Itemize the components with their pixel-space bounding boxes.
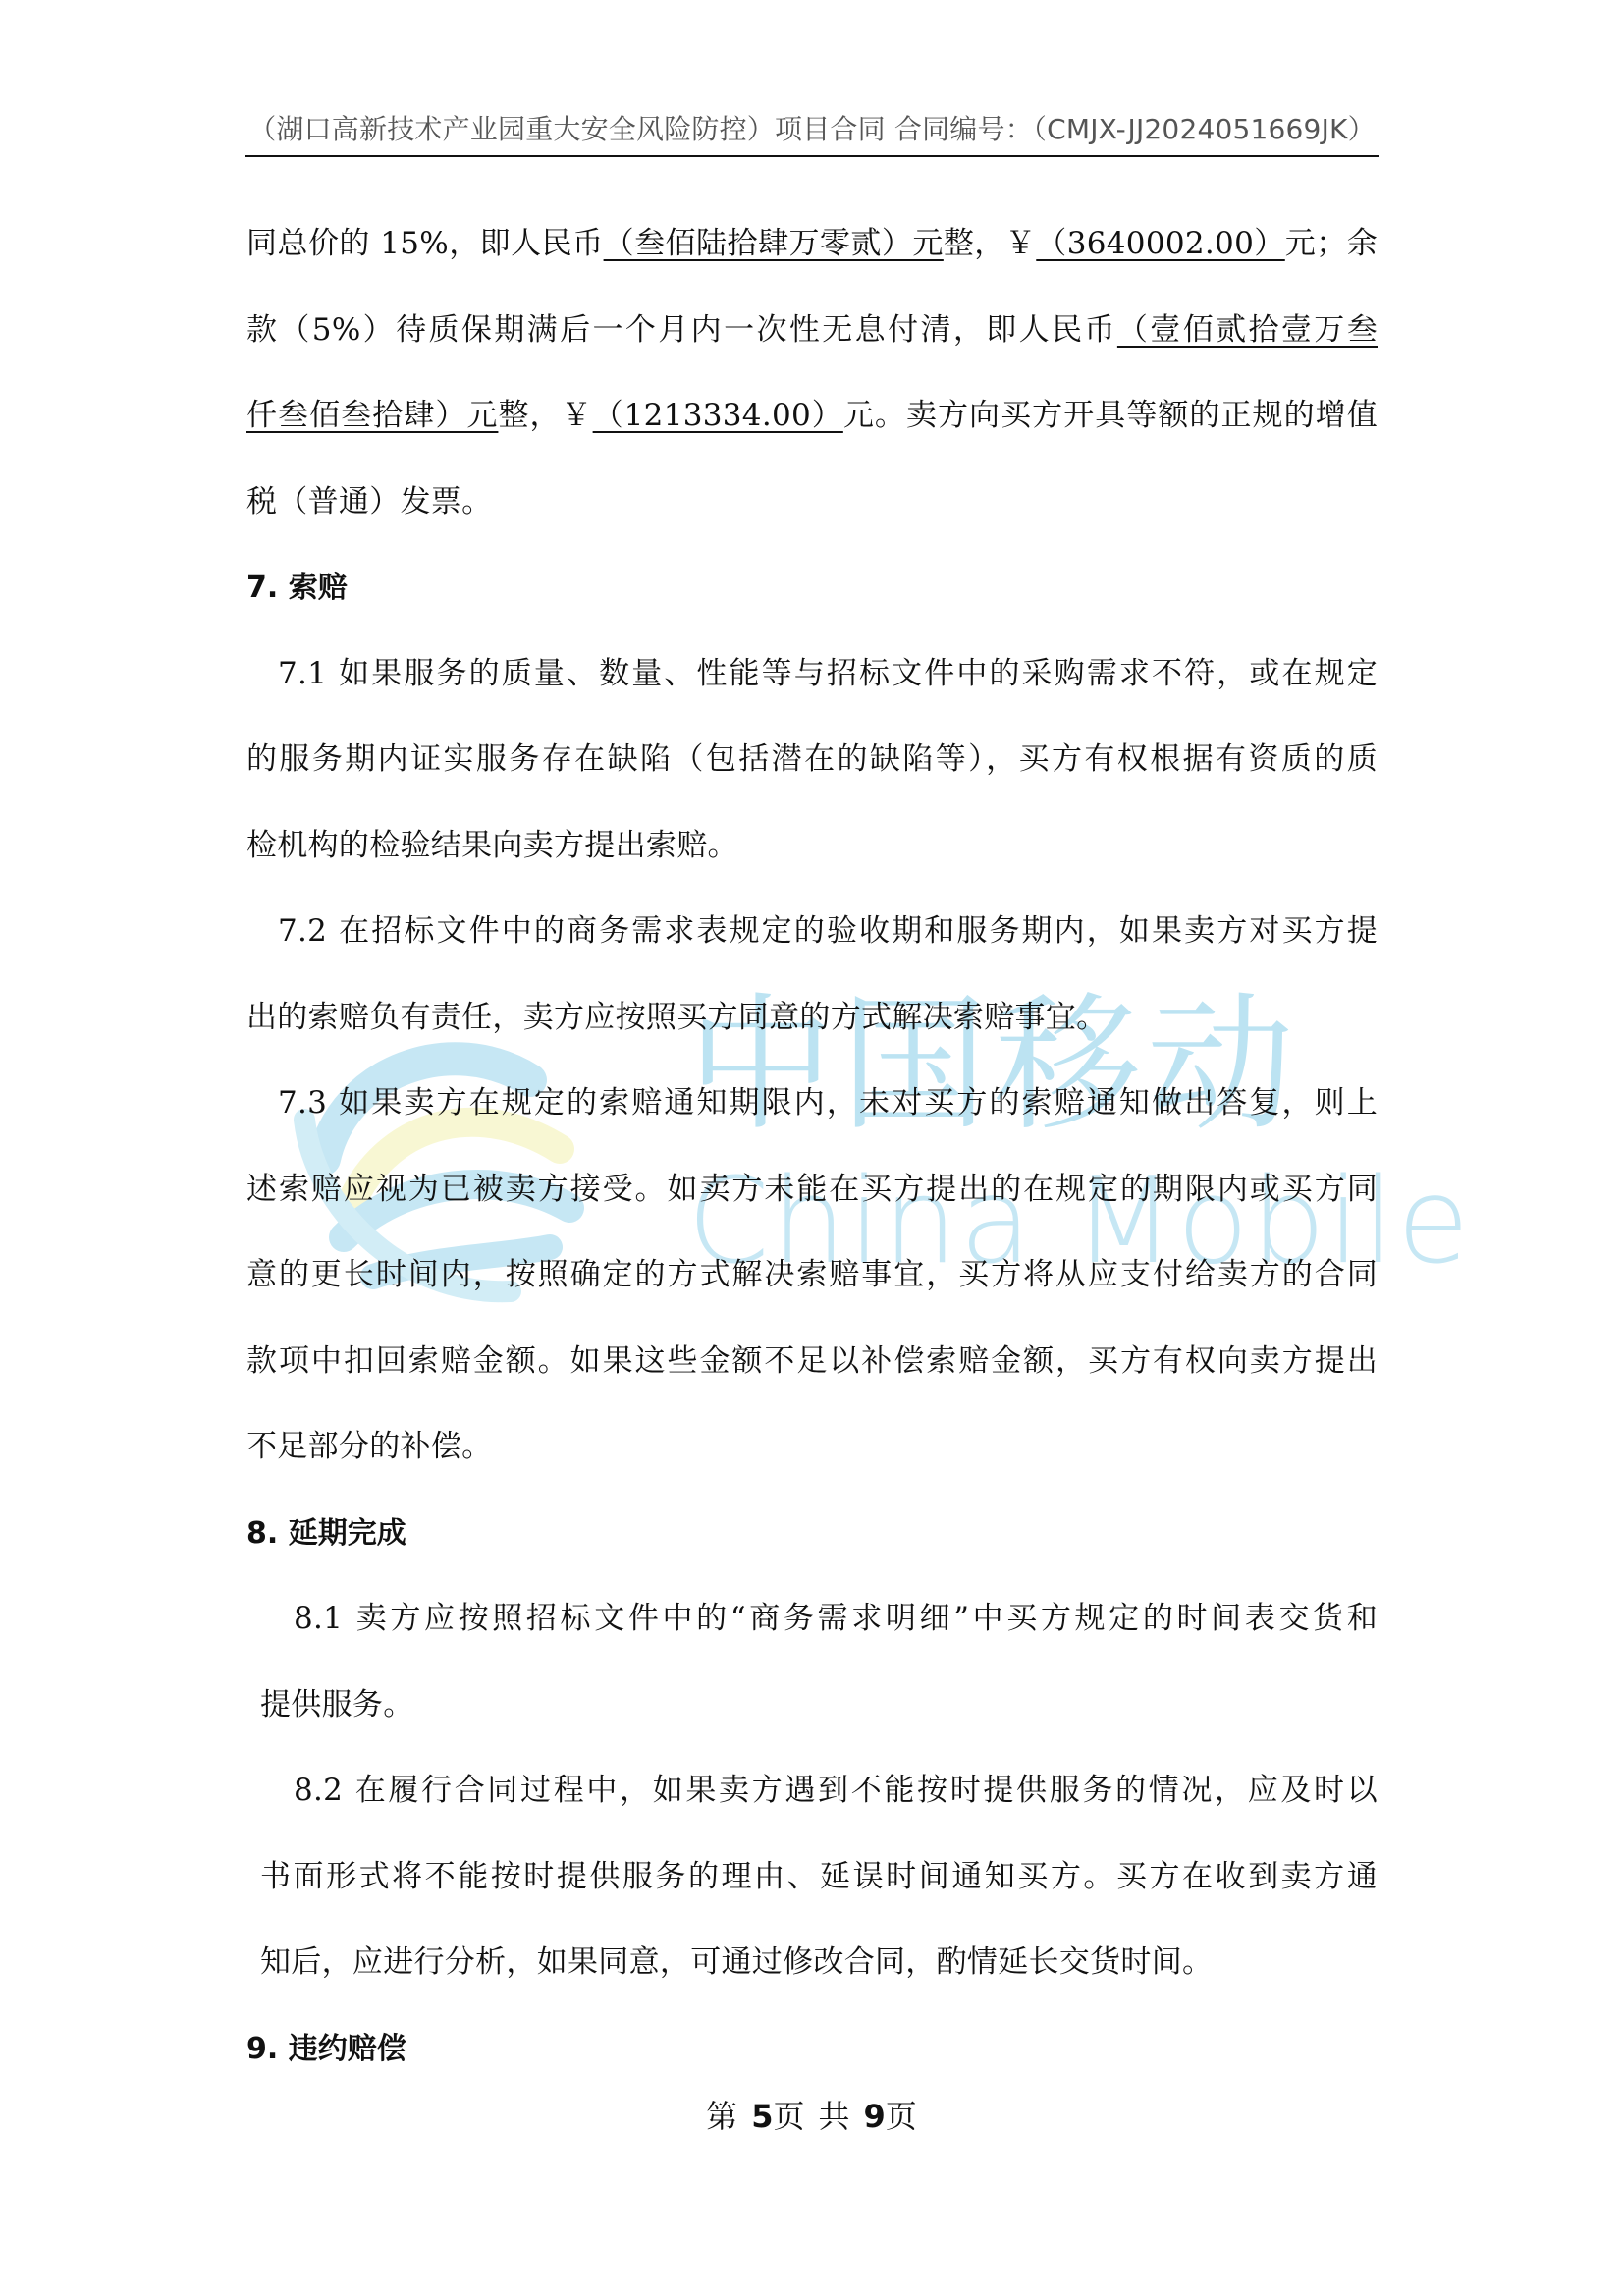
document-page: （湖口高新技术产业园重大安全风险防控）项目合同 合同编号：（CMJX-JJ202… [0,0,1623,2296]
amount-words-underlined: （叁佰陆拾肆万零贰）元 [604,226,944,261]
text: 元。卖方向买方开具等额的正规的增值 [843,398,1378,433]
clause-7-2-line: 7.2 在招标文件中的商务需求表规定的验收期和服务期内，如果卖方对买方提 [246,889,1378,975]
amount-words-underlined: 仟叁佰叁拾肆）元 [246,398,498,433]
payment-line-2: 款（5%）待质保期满后一个月内一次性无息付清，即人民币（壹佰贰拾壹万叁 [246,288,1378,374]
payment-line-1: 同总价的 15%，即人民币（叁佰陆拾肆万零贰）元整，￥（3640002.00）元… [246,201,1378,288]
clause-7-3-line: 意的更长时间内，按照确定的方式解决索赔事宜，买方将从应支付给卖方的合同 [246,1232,1378,1319]
clause-8-1-line: 提供服务。 [246,1663,1385,1749]
text: 款（5%）待质保期满后一个月内一次性无息付清，即人民币 [246,312,1117,348]
payment-line-4: 税（普通）发票。 [246,460,1385,546]
section-heading-delay: 8. 延期完成 [246,1491,1385,1577]
clause-8-2-line: 8.2 在履行合同过程中，如果卖方遇到不能按时提供服务的情况，应及时以 [246,1748,1378,1834]
clause-8-2-line: 书面形式将不能按时提供服务的理由、延误时间通知买方。买方在收到卖方通 [246,1834,1378,1921]
clause-7-1-line: 的服务期内证实服务存在缺陷（包括潜在的缺陷等），买方有权根据有资质的质 [246,717,1378,803]
total-pages-number: 9 [864,2098,886,2135]
amount-figures-underlined: （3640002.00） [1036,226,1285,261]
clause-8-1-line: 8.1 卖方应按照招标文件中的“商务需求明细”中买方规定的时间表交货和 [246,1576,1378,1663]
clause-7-3-line: 不足部分的补偿。 [246,1404,1385,1491]
clause-7-3-line: 述索赔应视为已被卖方接受。如卖方未能在买方提出的在规定的期限内或买方同 [246,1147,1378,1233]
text: 同总价的 15%，即人民币 [246,226,604,261]
document-body: 同总价的 15%，即人民币（叁佰陆拾肆万零贰）元整，￥（3640002.00）元… [246,201,1385,2092]
section-heading-claims: 7. 索赔 [246,545,1385,631]
page-footer: 第5页共9页 [0,2092,1623,2141]
footer-prefix: 第 [706,2098,737,2135]
clause-7-1-line: 检机构的检验结果向卖方提出索赔。 [246,803,1385,890]
clause-7-3-line: 款项中扣回索赔金额。如果这些金额不足以补偿索赔金额，买方有权向卖方提出 [246,1319,1378,1405]
clause-8-2-line: 知后，应进行分析，如果同意，可通过修改合同，酌情延长交货时间。 [246,1920,1385,2006]
text: 整，￥ [944,226,1036,261]
clause-7-2-line: 出的索赔负有责任，卖方应按照买方同意的方式解决索赔事宜。 [246,975,1385,1062]
footer-total-prefix: 共 [819,2098,850,2135]
current-page-number: 5 [751,2098,773,2135]
footer-page-unit: 页 [773,2098,804,2135]
clause-7-3-line: 7.3 如果卖方在规定的索赔通知期限内，未对买方的索赔通知做出答复，则上 [246,1061,1378,1147]
page-header: （湖口高新技术产业园重大安全风险防控）项目合同 合同编号：（CMJX-JJ202… [245,110,1379,157]
amount-words-underlined: （壹佰贰拾壹万叁 [1117,312,1378,348]
clause-7-1-line: 7.1 如果服务的质量、数量、性能等与招标文件中的采购需求不符，或在规定 [246,631,1378,718]
footer-total-unit: 页 [886,2098,917,2135]
text: 元；余 [1285,226,1378,261]
section-heading-breach: 9. 违约赔偿 [246,2006,1385,2093]
payment-line-3: 仟叁佰叁拾肆）元整，￥（1213334.00）元。卖方向买方开具等额的正规的增值 [246,373,1378,460]
text: 整，￥ [498,398,592,433]
amount-figures-underlined: （1213334.00） [593,398,843,433]
